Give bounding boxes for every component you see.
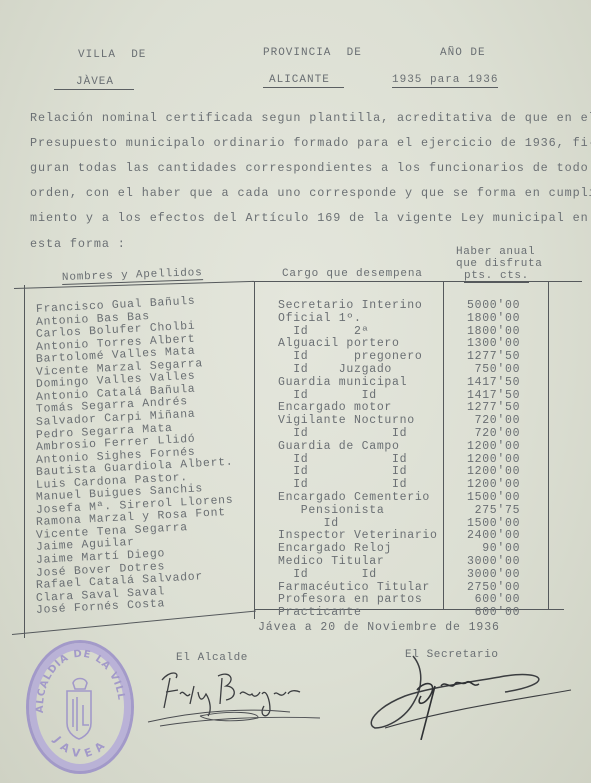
amount-cell: 1200'00 <box>467 453 520 467</box>
amount-cell: 1500'00 <box>467 517 520 531</box>
intro-line: esta forma : <box>30 237 126 251</box>
amount-cell: 600'00 <box>467 593 520 607</box>
document-page: VILLA DE JÀVEA PROVINCIA DE ALICANTE AÑO… <box>0 0 591 783</box>
ano-value: 1935 para 1936 <box>392 74 498 88</box>
cargo-cell: Id Id <box>278 427 407 441</box>
intro-line: Relación nominal certificada segun plant… <box>30 111 591 125</box>
cargo-cell: Vigilante Nocturno <box>278 414 415 428</box>
amount-cell: 1500'00 <box>467 491 520 505</box>
amount-cell: 750'00 <box>467 363 520 377</box>
amount-cell: 1277'50 <box>467 350 520 364</box>
cargo-cell: Id <box>278 517 339 531</box>
cargo-cell: Secretario Interino <box>278 299 422 313</box>
header-rule-right <box>252 281 582 282</box>
municipal-stamp: ALCALDIA DE LA VILLA DE JAVEA <box>26 640 134 774</box>
cargo-cell: Guardia de Campo <box>278 440 400 454</box>
amount-cell: 90'00 <box>467 542 520 556</box>
amount-cell: 1800'00 <box>467 325 520 339</box>
cargo-cell: Inspector Veterinario <box>278 529 438 543</box>
amount-cell: 1300'00 <box>467 337 520 351</box>
villa-value: JÀVEA <box>54 76 134 90</box>
secretario-signature-icon <box>345 650 575 740</box>
cargo-cell: Id pregonero <box>278 350 422 364</box>
cargo-cell: Id Id <box>278 465 407 479</box>
intro-line: Presupuesto municipalo ordinario formado… <box>30 136 591 150</box>
haber-header-line1: Haber anual <box>456 246 535 258</box>
table-left-border <box>24 285 25 638</box>
cargo-cell: Medico Titular <box>278 555 384 569</box>
cargo-header: Cargo que desempena <box>282 268 423 280</box>
names-cargo-divider <box>254 282 255 619</box>
intro-line: orden, con el haber que a cada uno corre… <box>30 186 591 200</box>
amount-cell: 2400'00 <box>467 529 520 543</box>
amount-cell: 3000'00 <box>467 568 520 582</box>
cargo-cell: Farmacéutico Titular <box>278 581 430 595</box>
cargo-cell: Profesora en partos <box>278 593 422 607</box>
cargo-cell: Id Id <box>278 389 377 403</box>
cargo-cell: Id Id <box>278 568 377 582</box>
cargo-cell: Encargado Cementerio <box>278 491 430 505</box>
amount-cell: 1417'50 <box>467 376 520 390</box>
amount-cell: 3000'00 <box>467 555 520 569</box>
amount-cell: 1800'00 <box>467 312 520 326</box>
cargo-cell: Encargado motor <box>278 401 392 415</box>
cargo-amount-divider <box>443 282 444 609</box>
table-right-border <box>548 282 549 609</box>
coat-of-arms-icon: ALCALDIA DE LA VILLA DE JAVEA <box>29 643 131 771</box>
amount-cell: 1200'00 <box>467 440 520 454</box>
svg-text:JAVEA: JAVEA <box>50 733 111 760</box>
date-line: Jávea a 20 de Noviembre de 1936 <box>258 621 500 634</box>
intro-line: miento y a los efectos del Artículo 169 … <box>30 211 589 225</box>
cargo-cell: Pensionista <box>278 504 384 518</box>
cargo-cell: Alguacil portero <box>278 337 400 351</box>
ano-label: AÑO DE <box>440 47 486 59</box>
amount-cell: 720'00 <box>467 414 520 428</box>
cargo-cell: Id 2ª <box>278 325 369 339</box>
amount-cell: 1200'00 <box>467 478 520 492</box>
cargo-cell: Id Id <box>278 453 407 467</box>
intro-line: guran todas las cantidades correspondien… <box>30 161 589 175</box>
cargo-cell: Guardia municipal <box>278 376 407 390</box>
villa-label: VILLA DE <box>78 49 146 61</box>
haber-header-line2: que disfruta <box>456 258 542 270</box>
cargo-cell: Practicante <box>278 606 362 620</box>
amount-cell: 1277'50 <box>467 401 520 415</box>
provincia-label: PROVINCIA DE <box>263 47 362 59</box>
alcalde-signature-icon <box>140 660 340 730</box>
cargo-cell: Id Id <box>278 478 407 492</box>
cargo-cell: Id Juzgado <box>278 363 392 377</box>
cargo-cell: Encargado Reloj <box>278 542 392 556</box>
amount-cell: 1417'50 <box>467 389 520 403</box>
amount-cell: 720'00 <box>467 427 520 441</box>
amount-cell: 2750'00 <box>467 581 520 595</box>
cargo-cell: Oficial 1º. <box>278 312 362 326</box>
amount-cell: 275'75 <box>467 504 520 518</box>
amount-cell: 600'00 <box>467 606 520 620</box>
amount-cell: 1200'00 <box>467 465 520 479</box>
provincia-value: ALICANTE <box>263 74 344 88</box>
amount-cell: 5000'00 <box>467 299 520 313</box>
